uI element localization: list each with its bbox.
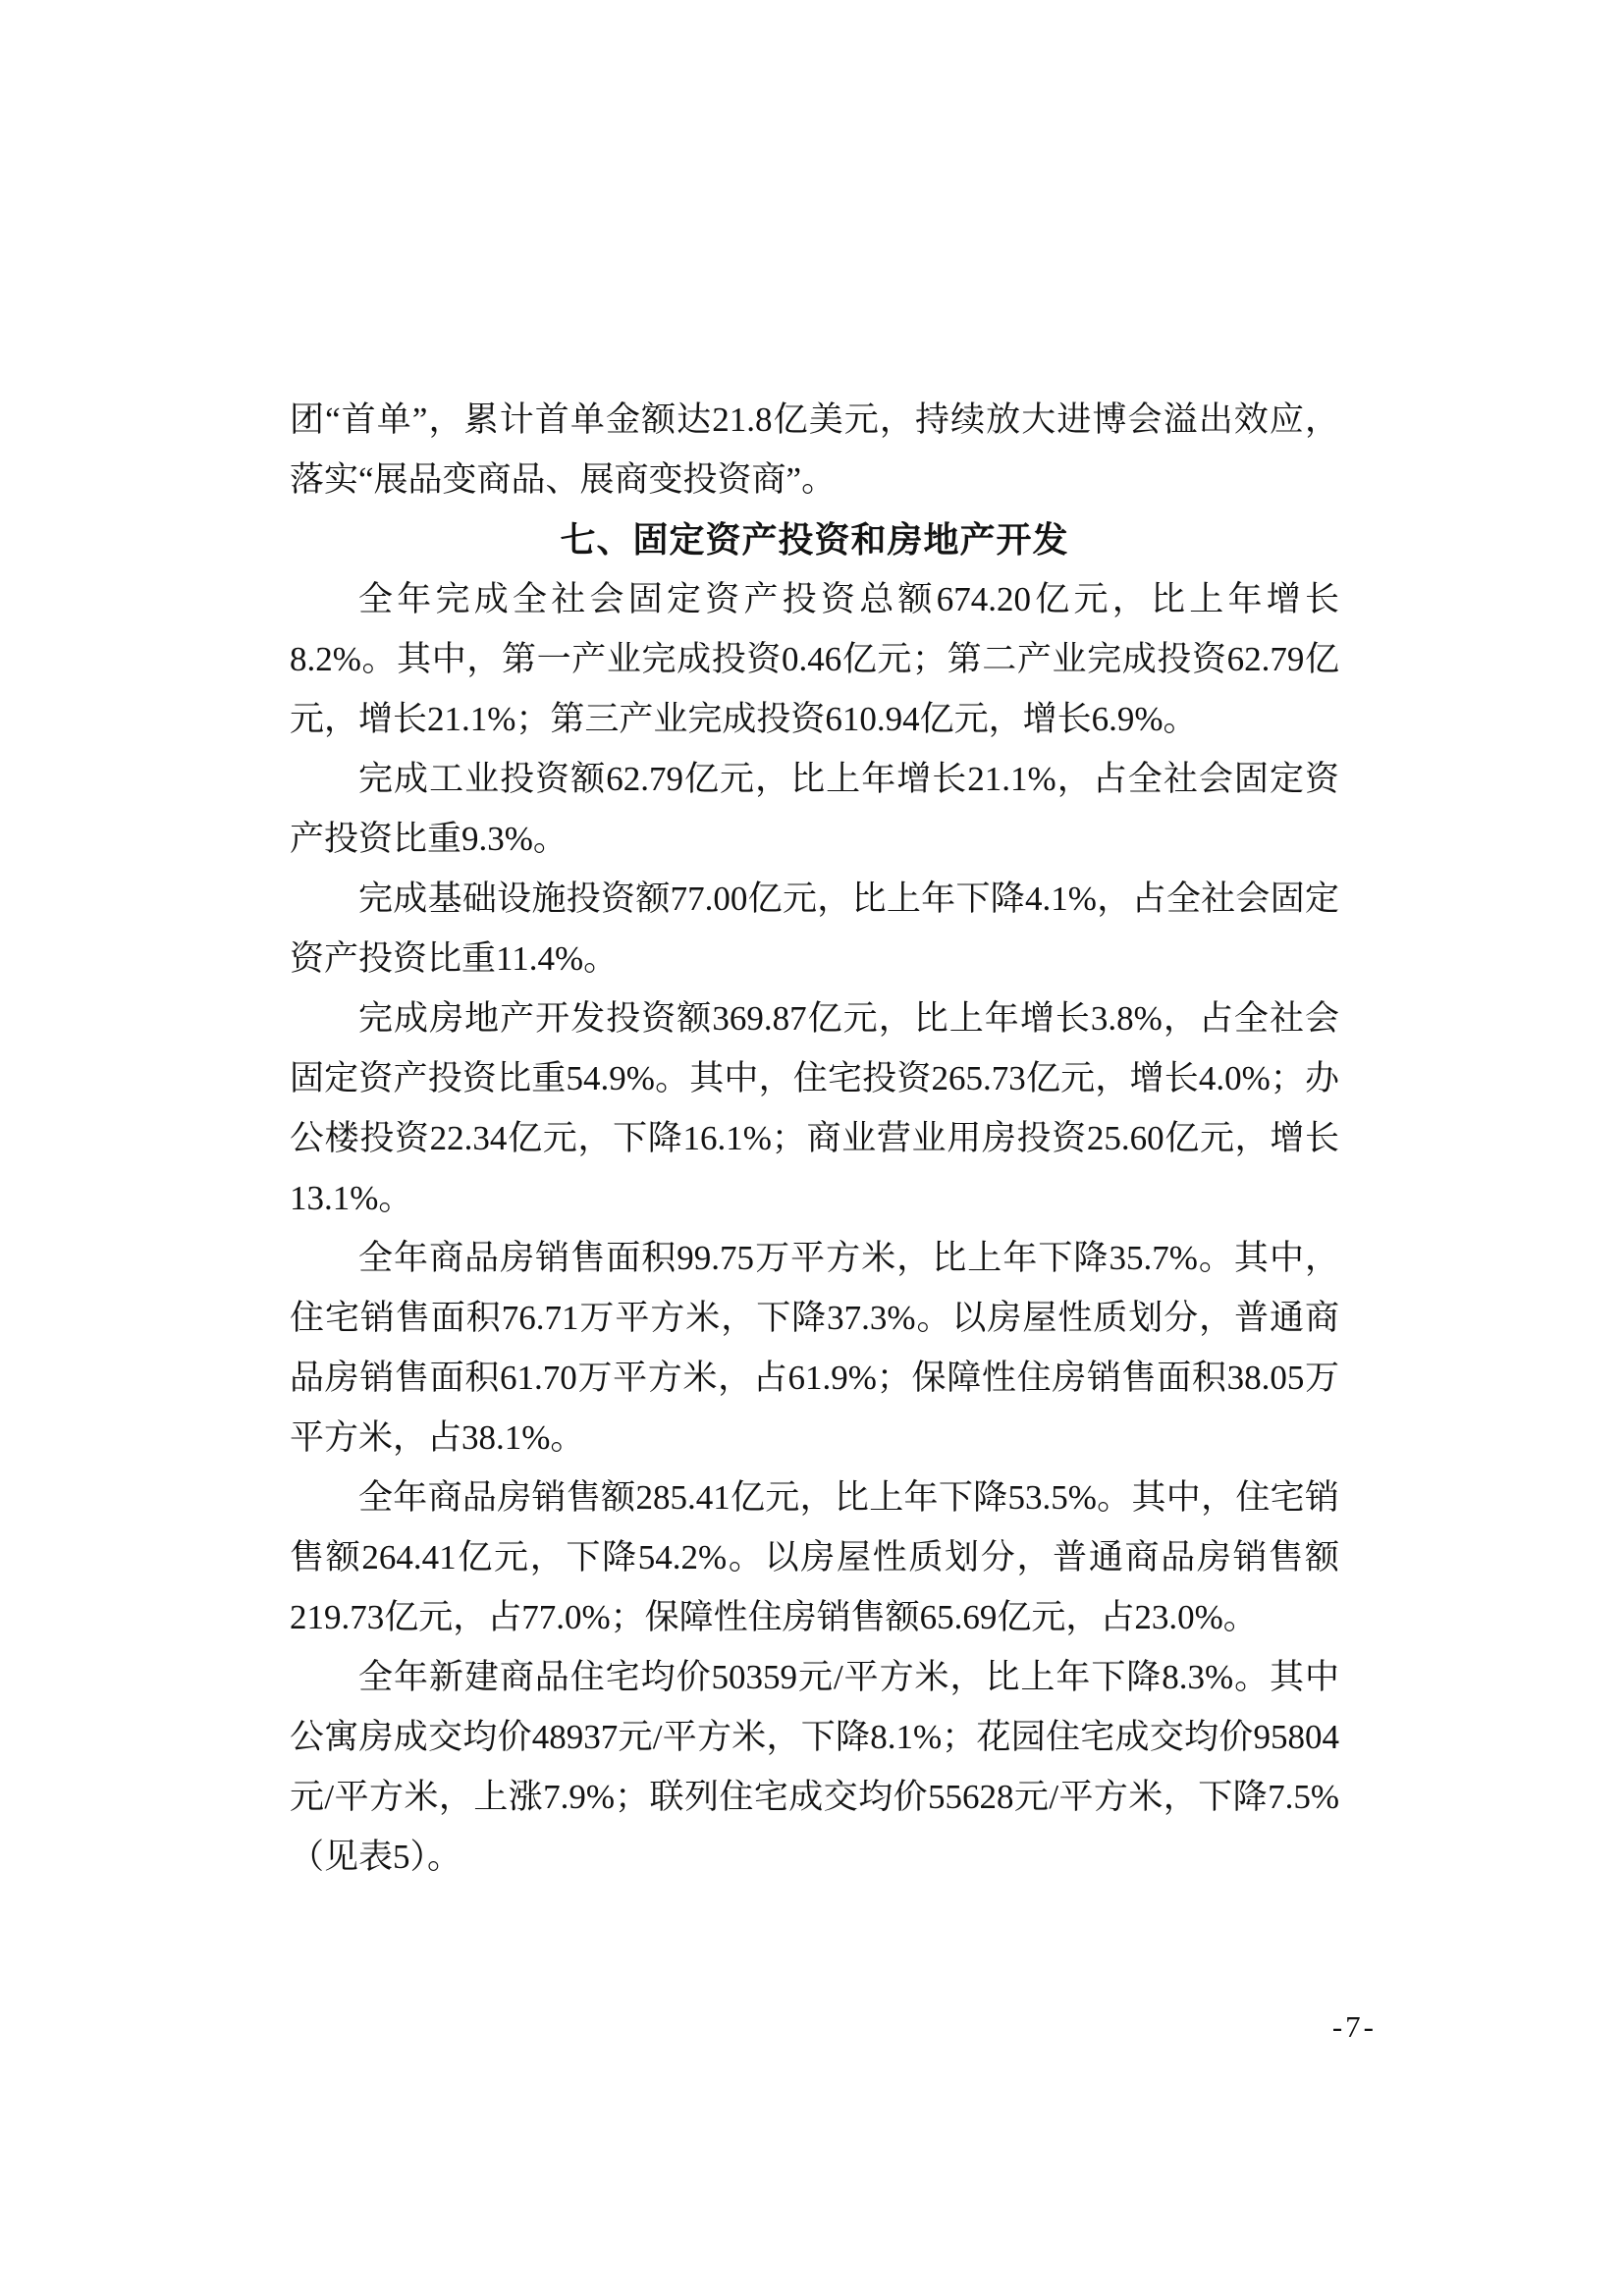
section-heading: 七、固定资产投资和房地产开发 — [290, 509, 1339, 569]
body-paragraph-sales-amount: 全年商品房销售额285.41亿元，比上年下降53.5%。其中，住宅销售额264.… — [290, 1468, 1339, 1647]
body-paragraph-industrial-investment: 完成工业投资额62.79亿元，比上年增长21.1%，占全社会固定资产投资比重9.… — [290, 749, 1339, 869]
document-page: 团“首单”，累计首单金额达21.8亿美元，持续放大进博会溢出效应，落实“展品变商… — [0, 0, 1624, 2296]
body-paragraph-infrastructure-investment: 完成基础设施投资额77.00亿元，比上年下降4.1%，占全社会固定资产投资比重1… — [290, 869, 1339, 988]
document-body: 团“首单”，累计首单金额达21.8亿美元，持续放大进博会溢出效应，落实“展品变商… — [290, 390, 1339, 1887]
body-paragraph-sales-area: 全年商品房销售面积99.75万平方米，比上年下降35.7%。其中，住宅销售面积7… — [290, 1228, 1339, 1468]
body-paragraph-investment-total: 全年完成全社会固定资产投资总额674.20亿元，比上年增长8.2%。其中，第一产… — [290, 569, 1339, 749]
body-paragraph-realestate-investment: 完成房地产开发投资额369.87亿元，比上年增长3.8%，占全社会固定资产投资比… — [290, 988, 1339, 1228]
body-paragraph-average-price: 全年新建商品住宅均价50359元/平方米，比上年下降8.3%。其中公寓房成交均价… — [290, 1647, 1339, 1887]
continuation-paragraph: 团“首单”，累计首单金额达21.8亿美元，持续放大进博会溢出效应，落实“展品变商… — [290, 390, 1339, 509]
page-number: -7- — [1332, 2008, 1377, 2046]
